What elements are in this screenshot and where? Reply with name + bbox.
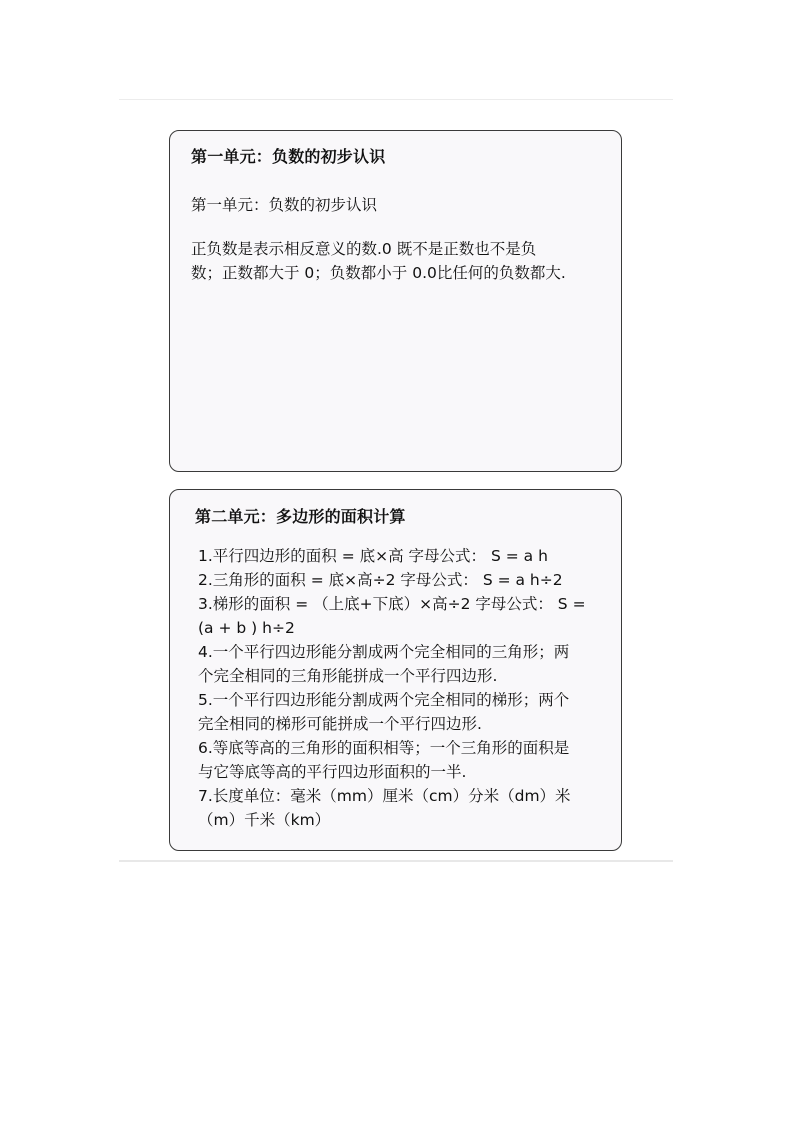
list-line: 个完全相同的三角形能拼成一个平行四边形. (198, 664, 618, 688)
list-line: （m）千米（km） (198, 808, 618, 832)
unit1-card: 第一单元：负数的初步认识 第一单元：负数的初步认识 正负数是表示相反意义的数.0… (169, 130, 622, 472)
unit1-title: 第一单元：负数的初步认识 (191, 144, 385, 167)
unit1-paragraph: 正负数是表示相反意义的数.0 既不是正数也不是负 数；正数都大于 0；负数都小于… (191, 237, 611, 285)
unit2-list: 1.平行四边形的面积 = 底×高 字母公式： S = a h 2.三角形的面积 … (198, 544, 618, 832)
unit2-card: 第二单元：多边形的面积计算 1.平行四边形的面积 = 底×高 字母公式： S =… (169, 489, 622, 851)
paragraph-line: 数；正数都大于 0；负数都小于 0.0比任何的负数都大. (191, 261, 611, 285)
list-line: 完全相同的梯形可能拼成一个平行四边形. (198, 712, 618, 736)
unit2-title: 第二单元：多边形的面积计算 (195, 504, 406, 527)
list-line: 7.长度单位：毫米（mm）厘米（cm）分米（dm）米 (198, 784, 618, 808)
list-line: 6.等底等高的三角形的面积相等；一个三角形的面积是 (198, 736, 618, 760)
list-line: 2.三角形的面积 = 底×高÷2 字母公式： S = a h÷2 (198, 568, 618, 592)
bottom-divider (119, 860, 673, 862)
list-line: 5.一个平行四边形能分割成两个完全相同的梯形；两个 (198, 688, 618, 712)
unit1-subtitle: 第一单元：负数的初步认识 (191, 193, 377, 215)
paragraph-line: 正负数是表示相反意义的数.0 既不是正数也不是负 (191, 237, 611, 261)
list-line: 4.一个平行四边形能分割成两个完全相同的三角形；两 (198, 640, 618, 664)
list-line: 1.平行四边形的面积 = 底×高 字母公式： S = a h (198, 544, 618, 568)
list-line: 与它等底等高的平行四边形面积的一半. (198, 760, 618, 784)
list-line: 3.梯形的面积 = （上底+下底）×高÷2 字母公式： S = (198, 592, 618, 616)
top-divider (119, 99, 673, 100)
list-line: (a + b ) h÷2 (198, 616, 618, 640)
